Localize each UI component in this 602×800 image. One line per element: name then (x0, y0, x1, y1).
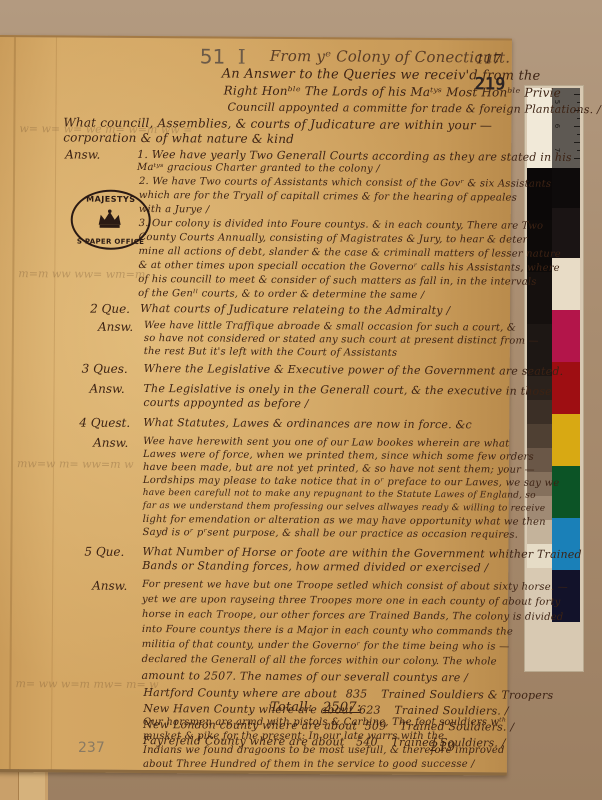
stamp-top-text: MAJESTYS (73, 195, 149, 205)
troop-note: Trained Souldiers. / (391, 736, 505, 750)
folio-roman-numeral: I (238, 45, 246, 69)
page-fold-line (9, 37, 16, 769)
margin-label-question: 3 Ques. (82, 362, 128, 376)
answer-line: & at other times upon speciall occation … (138, 260, 560, 274)
answer-line: of the Genˡˡ courts, & to order & determ… (138, 288, 424, 301)
bleed-through-text: mw=w m= ww=m w (17, 457, 134, 471)
answer-line: Sayd is oʳ pʳsent purpose, & shall be ou… (142, 527, 518, 541)
answer-line: declared the Generall of all the forces … (142, 654, 497, 667)
margin-label-answer: Answ. (89, 382, 124, 396)
bleed-through-text: m= ww w=m mw= m= w (15, 677, 158, 691)
troop-count: 835 (346, 687, 368, 700)
county-row: New Haven County where are about 623 Tra… (143, 702, 508, 718)
answer-line: For present we have but one Troope setle… (142, 579, 568, 593)
troop-note: Trained Souldiers. / (394, 704, 508, 718)
color-patch-strip (552, 88, 580, 622)
margin-label-question: 5 Que. (84, 545, 124, 559)
answer-line: light for emendation or alteration as we… (143, 514, 546, 528)
answer-line: amount to 2507. The names of our several… (141, 669, 468, 684)
answer-line: into Foure countys there is a Major in e… (142, 624, 513, 638)
answer-line: courts appoynted as before / (143, 396, 308, 410)
county-name: Hartford County where are about (143, 686, 337, 700)
county-row: Fayrefeild County where are about 540 Tr… (143, 734, 506, 750)
answer-line: horse in each Troope, our other forces a… (142, 609, 564, 623)
answer-line: 3. Our colony is divided into Foure coun… (139, 218, 544, 232)
manuscript-page: w= w= w= we m= w=m ww = m=m ww ww= wm=m … (0, 35, 512, 776)
answer-line: mine all actions of debt, slander & the … (138, 246, 561, 260)
answer-line: which are for the Tryall of capitall cri… (139, 190, 517, 204)
color-patch-green (552, 466, 580, 518)
troop-count: 623 (359, 704, 381, 717)
grayscale-patch (527, 424, 553, 448)
ruler-label: 6 (553, 124, 561, 128)
margin-label-question: 2 Que. (90, 302, 130, 316)
stamp-bottom-text: S PAPER OFFICE (73, 238, 149, 247)
folio-pencil-number: 51 (200, 44, 226, 68)
page-number-top: 117 (476, 52, 502, 67)
answer-line: Wee have herewith sent you one of our La… (143, 436, 509, 450)
color-patch-cyan (552, 518, 580, 570)
county-name: New London county where are about (143, 718, 357, 732)
troop-note: Trained Souldiers & Troopers (381, 688, 553, 702)
crown-icon (97, 209, 123, 229)
answer-line: of his councill to meet & consider of su… (138, 274, 536, 288)
color-patch-magenta (552, 310, 580, 362)
answer-line: yet we are upon rayseing three Troopes m… (142, 594, 561, 608)
troop-count: 540 (356, 736, 378, 749)
grayscale-patch (527, 400, 553, 424)
county-name: Fayrefeild County where are about (143, 734, 344, 748)
question-line: What courts of Judicature relateing to t… (140, 302, 450, 317)
majestys-paper-office-stamp: MAJESTYS S PAPER OFFICE (71, 189, 151, 250)
question-line: corporation & of what nature & kind (63, 130, 294, 146)
grayscale-patch (527, 168, 553, 220)
answer-line: Lawes were of force, when we printed the… (143, 449, 534, 463)
troop-count: 509 (365, 720, 387, 733)
answer-line: Lordships may please to take notice that… (143, 475, 560, 489)
answer-line: the rest But it's left with the Court of… (144, 346, 397, 359)
margin-label-answer: Answ. (98, 320, 133, 334)
answer-line: County Courts Annually, consisting of Ma… (139, 232, 528, 246)
color-patch-black (552, 168, 580, 208)
question-line: What councill, Assemblies, & courts of J… (63, 115, 492, 132)
answer-line: Wee have little Traffique abroade & smal… (144, 320, 516, 334)
document-heading: From yᵉ Colony of Conecticutt. (270, 47, 511, 67)
answer-line: have been made, but are not yet printed,… (143, 462, 535, 476)
troop-note: Trained Souldiers. / (400, 720, 514, 734)
answer-line: Maᵗʸˢ gracious Charter granted to the co… (137, 162, 380, 175)
bleed-through-text: m=m ww ww= wm=m (18, 267, 145, 281)
margin-label-answer: Answ. (93, 436, 128, 450)
margin-label-answer: Answ. (65, 147, 100, 161)
margin-label-question: 4 Quest. (79, 416, 130, 430)
margin-label-answer: Answ. (92, 579, 127, 593)
page-fold-line (51, 37, 57, 769)
title-line: Right Honᵇˡᵉ The Lords of his Maᵗʸˢ Most… (224, 84, 561, 100)
title-line: An Answer to the Queries we receiv'd fro… (222, 67, 541, 84)
answer-line: so have not considered or stated any suc… (144, 333, 539, 347)
answer-line: far as we understand them professing our… (143, 501, 546, 514)
color-patch-yellow (552, 414, 580, 466)
county-name: New Haven County where are about (143, 702, 353, 716)
question-line: What Statutes, Lawes & ordinances are no… (143, 416, 472, 431)
title-line: Councill appoynted a committe for trade … (227, 101, 601, 117)
question-line: Where the Legislative & Executive power … (144, 362, 564, 378)
answer-line: militia of that county, under the Govern… (142, 639, 510, 653)
county-row: Hartford County where are about 835 Trai… (143, 686, 553, 702)
answer-line: have been carefull not to make any repug… (143, 488, 536, 501)
county-troops-table: Hartford County where are about 835 Trai… (0, 37, 512, 41)
question-line: Bands or Standing forces, how armed divi… (142, 559, 488, 574)
county-row: New London county where are about 509 Tr… (143, 718, 514, 734)
answer-line: 2. We have Two courts of Assistants whic… (139, 176, 551, 190)
